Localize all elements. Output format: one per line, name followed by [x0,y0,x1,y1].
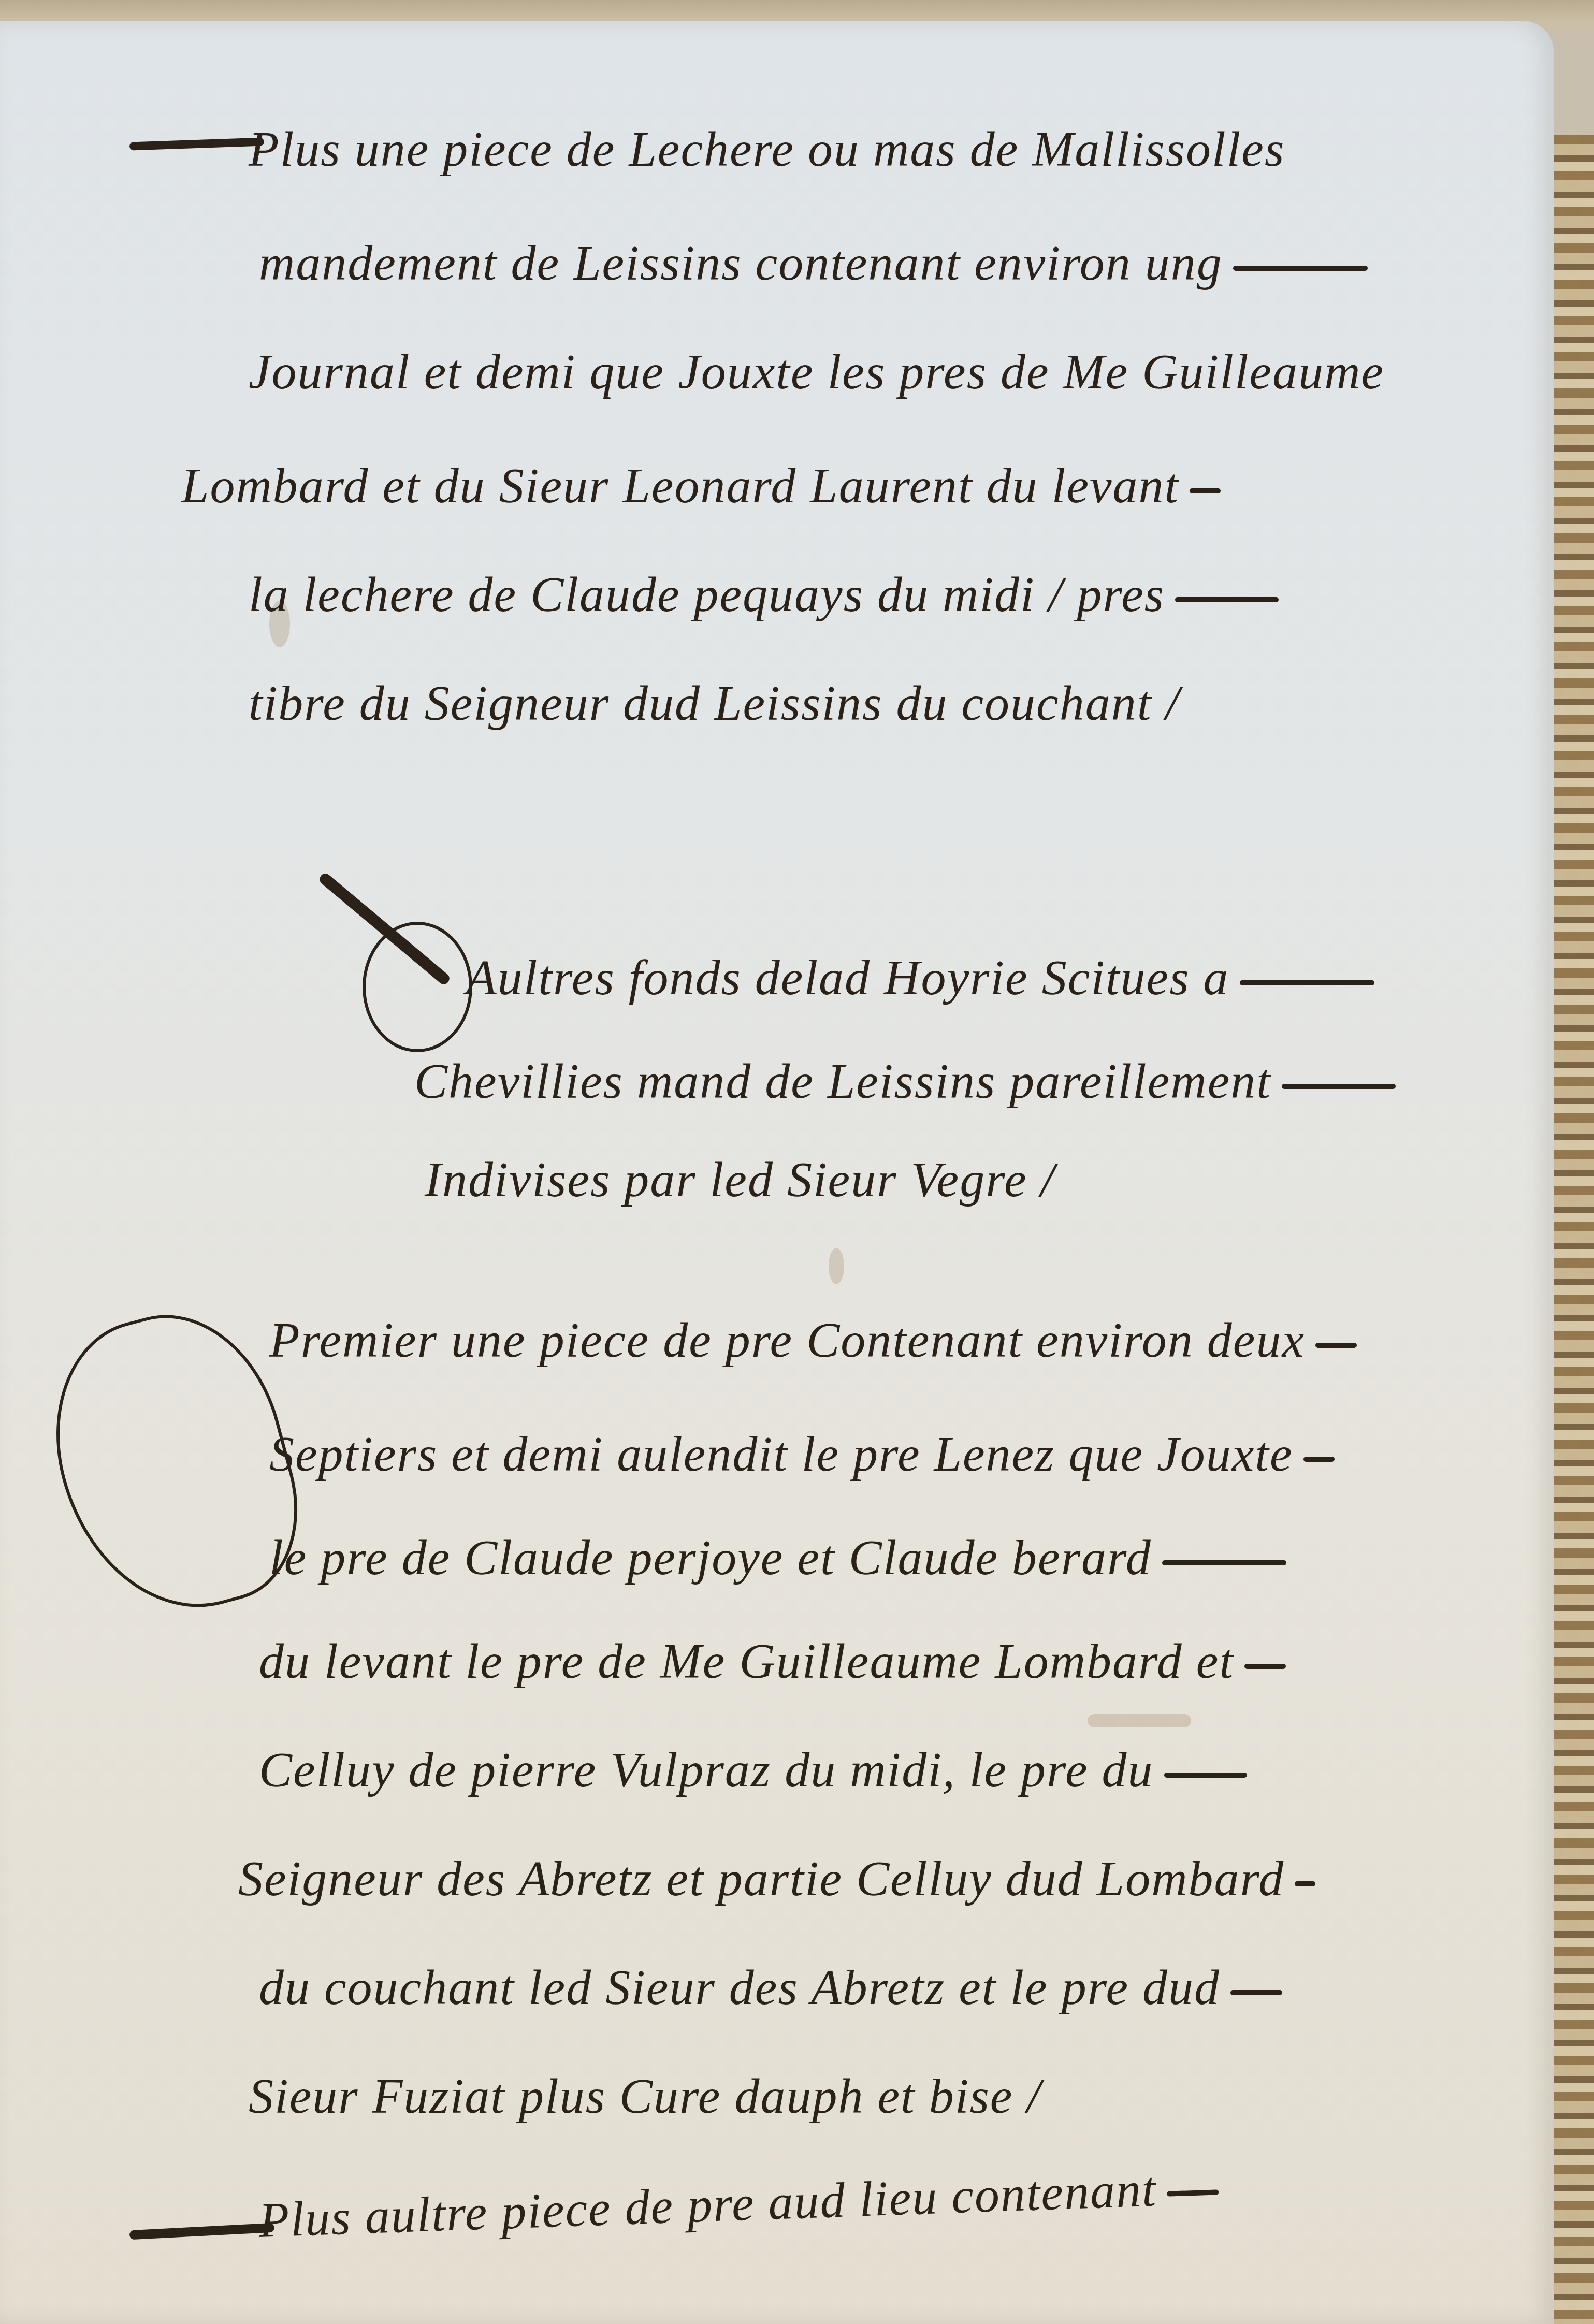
initial-loop [363,922,472,1052]
paragraph-4-line-1: Plus aultre piece de pre aud lieu conten… [258,2162,1220,2245]
line-filler [1162,1560,1286,1565]
paragraph-1-line-3: Journal et demi que Jouxte les pres de M… [249,347,1384,397]
paragraph-3-line-1: Premier une piece de pre Contenant envir… [269,1315,1357,1365]
line-filler [1233,266,1368,271]
initial-flourish [129,2223,275,2240]
paragraph-3-line-4: du levant le pre de Me Guilleaume Lombar… [259,1636,1286,1686]
line-filler [1190,488,1221,493]
line-filler [1167,2189,1219,2196]
paragraph-3-line-8: Sieur Fuziat plus Cure dauph et bise / [249,2071,1041,2121]
paragraph-3-line-5: Celluy de pierre Vulpraz du midi, le pre… [259,1745,1247,1795]
line-filler [1303,1457,1335,1462]
line-filler [1315,1343,1357,1348]
line-filler [1240,980,1374,985]
line-filler [1282,1084,1396,1089]
line-filler [1164,1773,1247,1778]
paragraph-1-line-4: Lombard et du Sieur Leonard Laurent du l… [181,461,1221,511]
line-filler [1175,597,1279,602]
line-filler [1230,1990,1282,1995]
paragraph-2-line-2: Chevillies mand de Leissins pareillement [414,1056,1396,1106]
paragraph-3-line-7: du couchant led Sieur des Abretz et le p… [259,1963,1282,2012]
paragraph-1-line-1: Plus une piece de Lechere ou mas de Mall… [249,124,1285,174]
line-filler [1295,1881,1315,1886]
paragraph-2-line-1: Aultres fonds delad Hoyrie Scitues a [466,953,1374,1003]
paragraph-2-line-3: Indivises par led Sieur Vegre / [425,1155,1055,1204]
line-filler [1244,1664,1286,1669]
ink-stain [1088,1714,1191,1727]
paragraph-3-line-2: Septiers et demi aulendit le pre Lenez q… [269,1429,1335,1479]
ink-stain [829,1248,844,1284]
manuscript-page: Plus une piece de Lechere ou mas de Mall… [0,21,1554,2324]
paragraph-1-line-5: la lechere de Claude pequays du midi / p… [249,570,1279,619]
initial-flourish [129,137,264,150]
paragraph-3-line-3: le pre de Claude perjoye et Claude berar… [269,1533,1286,1582]
paragraph-3-line-6: Seigneur des Abretz et partie Celluy dud… [238,1854,1315,1904]
paragraph-1-line-2: mandement de Leissins contenant environ … [259,238,1368,288]
book-binding-edge [1554,135,1594,2324]
paragraph-1-line-6: tibre du Seigneur dud Leissins du coucha… [249,678,1180,728]
